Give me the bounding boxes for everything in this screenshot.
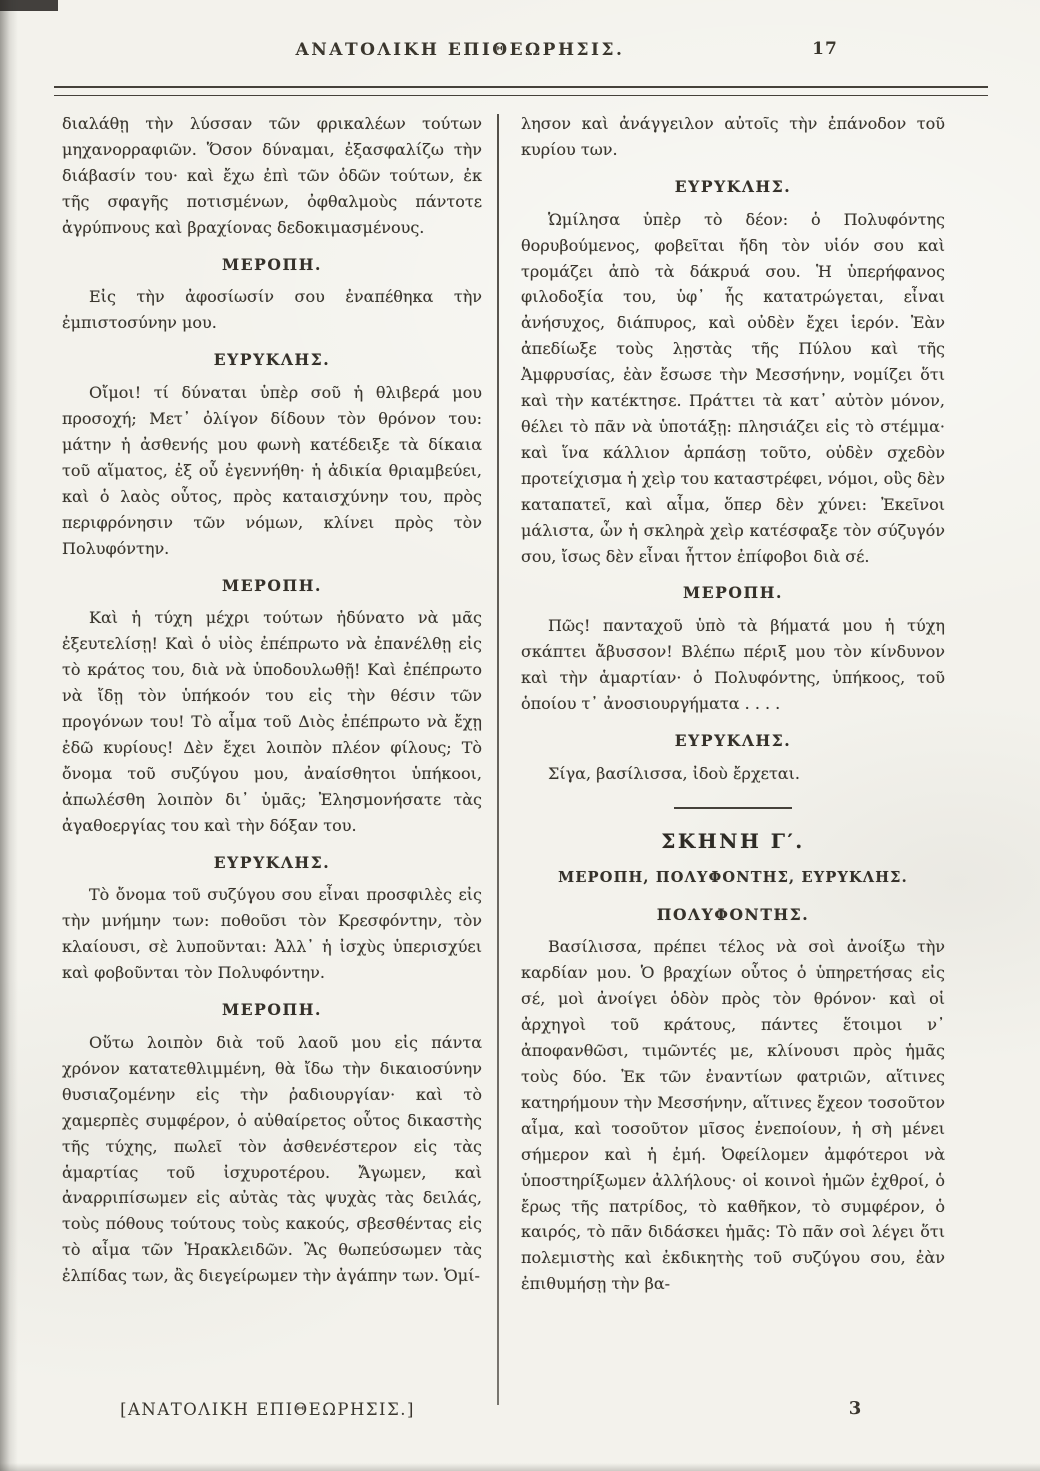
- scanned-page: ΑΝΑΤΟΛΙΚΗ ΕΠΙΘΕΩΡΗΣΙΣ. 17 διαλάθῃ τὴν λύ…: [0, 0, 1040, 1471]
- page-number: 17: [800, 39, 850, 59]
- dialogue-paragraph: Εἰς τὴν ἀφοσίωσίν σου ἐναπέθηκα τὴν ἐμπι…: [62, 284, 482, 336]
- dialogue-paragraph: Καὶ ἡ τύχη μέχρι τούτων ἠδύνατο νὰ μᾶς ἐ…: [62, 605, 482, 838]
- speaker-heading: ΕΥΡΥΚΛΗΣ.: [62, 850, 482, 876]
- dialogue-paragraph: Τὸ ὄνομα τοῦ συζύγου σου εἶναι προσφιλὲς…: [62, 882, 482, 986]
- dialogue-paragraph: διαλάθῃ τὴν λύσσαν τῶν φρικαλέων τούτων …: [62, 111, 482, 241]
- footer-sheet-number: 3: [830, 1398, 880, 1419]
- left-column: διαλάθῃ τὴν λύσσαν τῶν φρικαλέων τούτων …: [62, 111, 482, 1292]
- speaker-heading: ΕΥΡΥΚΛΗΣ.: [521, 728, 945, 754]
- scan-bottom-edge-shadow: [0, 1463, 1040, 1471]
- dialogue-paragraph: Βασίλισσα, πρέπει τέλος νὰ σοὶ ἀνοίξω τὴ…: [521, 934, 945, 1297]
- cast-list: ΜΕΡΟΠΗ, ΠΟΛΥΦΟΝΤΗΣ, ΕΥΡΥΚΛΗΣ.: [521, 865, 945, 891]
- scan-left-edge-shadow: [0, 0, 18, 1471]
- scene-heading: ΣΚΗΝΗ Γ′.: [521, 829, 945, 855]
- speaker-heading: ΕΥΡΥΚΛΗΣ.: [521, 174, 945, 200]
- dialogue-paragraph: λησον καὶ ἀνάγγειλον αὐτοῖς τὴν ἐπάνοδον…: [521, 111, 945, 163]
- speaker-heading: ΕΥΡΥΚΛΗΣ.: [62, 347, 482, 373]
- right-column: λησον καὶ ἀνάγγειλον αὐτοῖς τὴν ἐπάνοδον…: [521, 111, 945, 1300]
- journal-title: ΑΝΑΤΟΛΙΚΗ ΕΠΙΘΕΩΡΗΣΙΣ.: [250, 40, 670, 60]
- dialogue-paragraph: Σίγα, βασίλισσα, ἰδοὺ ἔρχεται.: [521, 761, 945, 787]
- speaker-heading: ΜΕΡΟΠΗ.: [62, 252, 482, 278]
- section-divider: [674, 807, 792, 809]
- header-double-rule: [54, 86, 988, 96]
- scan-corner-artifact: [0, 0, 58, 11]
- column-divider-rule: [497, 114, 499, 1405]
- speaker-heading: ΜΕΡΟΠΗ.: [521, 580, 945, 606]
- speaker-heading: ΠΟΛΥΦΟΝΤΗΣ.: [521, 902, 945, 928]
- dialogue-paragraph: Οὕτω λοιπὸν διὰ τοῦ λαοῦ μου εἰς πάντα χ…: [62, 1030, 482, 1289]
- speaker-heading: ΜΕΡΟΠΗ.: [62, 997, 482, 1023]
- speaker-heading: ΜΕΡΟΠΗ.: [62, 573, 482, 599]
- footer-imprint: [ΑΝΑΤΟΛΙΚΗ ΕΠΙΘΕΩΡΗΣΙΣ.]: [95, 1400, 440, 1419]
- dialogue-paragraph: Οἴμοι! τί δύναται ὑπὲρ σοῦ ἡ θλιβερά μου…: [62, 380, 482, 561]
- dialogue-paragraph: Ὡμίλησα ὑπὲρ τὸ δέον: ὁ Πολυφόντης θορυβ…: [521, 207, 945, 570]
- dialogue-paragraph: Πῶς! πανταχοῦ ὑπὸ τὰ βήματά μου ἡ τύχη σ…: [521, 613, 945, 717]
